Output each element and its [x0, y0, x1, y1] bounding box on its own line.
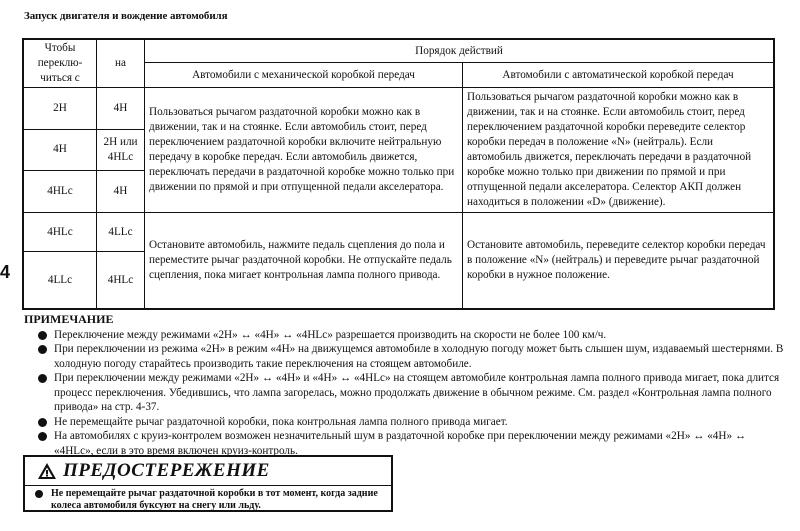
manual-procedure-1: Пользоваться рычагом раздаточной коробки… — [145, 88, 463, 213]
header-automatic: Автомобили с автоматической коробкой пер… — [463, 63, 775, 88]
row-from: 4HLc — [23, 171, 97, 213]
warning-triangle-icon — [37, 462, 57, 480]
row-to: 4H — [97, 88, 145, 130]
warning-header: ПРЕДОСТЕРЕЖЕНИЕ — [25, 457, 391, 486]
row-from: 2H — [23, 88, 97, 130]
warning-title: ПРЕДОСТЕРЕЖЕНИЕ — [63, 460, 270, 482]
header-procedure: Порядок действий — [145, 39, 775, 63]
page-section-tab: 4 — [0, 262, 10, 283]
section-title: Запуск двигателя и вождение автомобиля — [24, 10, 227, 22]
warning-text-block: Не перемещайте рычаг раздаточной коробки… — [25, 486, 391, 512]
note-title: ПРИМЕЧАНИЕ — [24, 312, 784, 327]
bullet-icon — [38, 345, 47, 354]
row-to: 2H или 4HLc — [97, 129, 145, 171]
transfer-case-table: Чтобы переклю-читься с на Порядок действ… — [22, 38, 775, 310]
note-item: Переключение между режимами «2H» ↔ «4H» … — [38, 328, 784, 343]
header-manual: Автомобили с механической коробкой перед… — [145, 63, 463, 88]
manual-procedure-2: Остановите автомобиль, нажмите педаль сц… — [145, 213, 463, 310]
row-to: 4HLc — [97, 252, 145, 310]
note-item: При переключении из режима «2H» в режим … — [38, 342, 784, 371]
automatic-procedure-2: Остановите автомобиль, переведите селект… — [463, 213, 775, 310]
warning-text: Не перемещайте рычаг раздаточной коробки… — [51, 488, 378, 511]
note-item: На автомобилях с круиз-контролем возможе… — [38, 429, 784, 458]
header-from: Чтобы переклю-читься с — [23, 39, 97, 88]
bullet-icon — [38, 374, 47, 383]
note-block: ПРИМЕЧАНИЕ Переключение между режимами «… — [24, 312, 784, 458]
bullet-icon — [35, 490, 43, 498]
warning-box: ПРЕДОСТЕРЕЖЕНИЕ Не перемещайте рычаг раз… — [23, 455, 393, 512]
row-from: 4LLc — [23, 252, 97, 310]
bullet-icon — [38, 418, 47, 427]
header-to: на — [97, 39, 145, 88]
bullet-icon — [38, 432, 47, 441]
note-item: При переключении между режимами «2H» ↔ «… — [38, 371, 784, 415]
note-item: Не перемещайте рычаг раздаточной коробки… — [38, 415, 784, 430]
row-from: 4H — [23, 129, 97, 171]
row-to: 4LLc — [97, 213, 145, 252]
row-from: 4HLc — [23, 213, 97, 252]
table-row: 4HLc 4LLc Остановите автомобиль, нажмите… — [23, 213, 774, 252]
bullet-icon — [38, 331, 47, 340]
row-to: 4H — [97, 171, 145, 213]
table-row: 2H 4H Пользоваться рычагом раздаточной к… — [23, 88, 774, 130]
automatic-procedure-1: Пользоваться рычагом раздаточной коробки… — [463, 88, 775, 213]
